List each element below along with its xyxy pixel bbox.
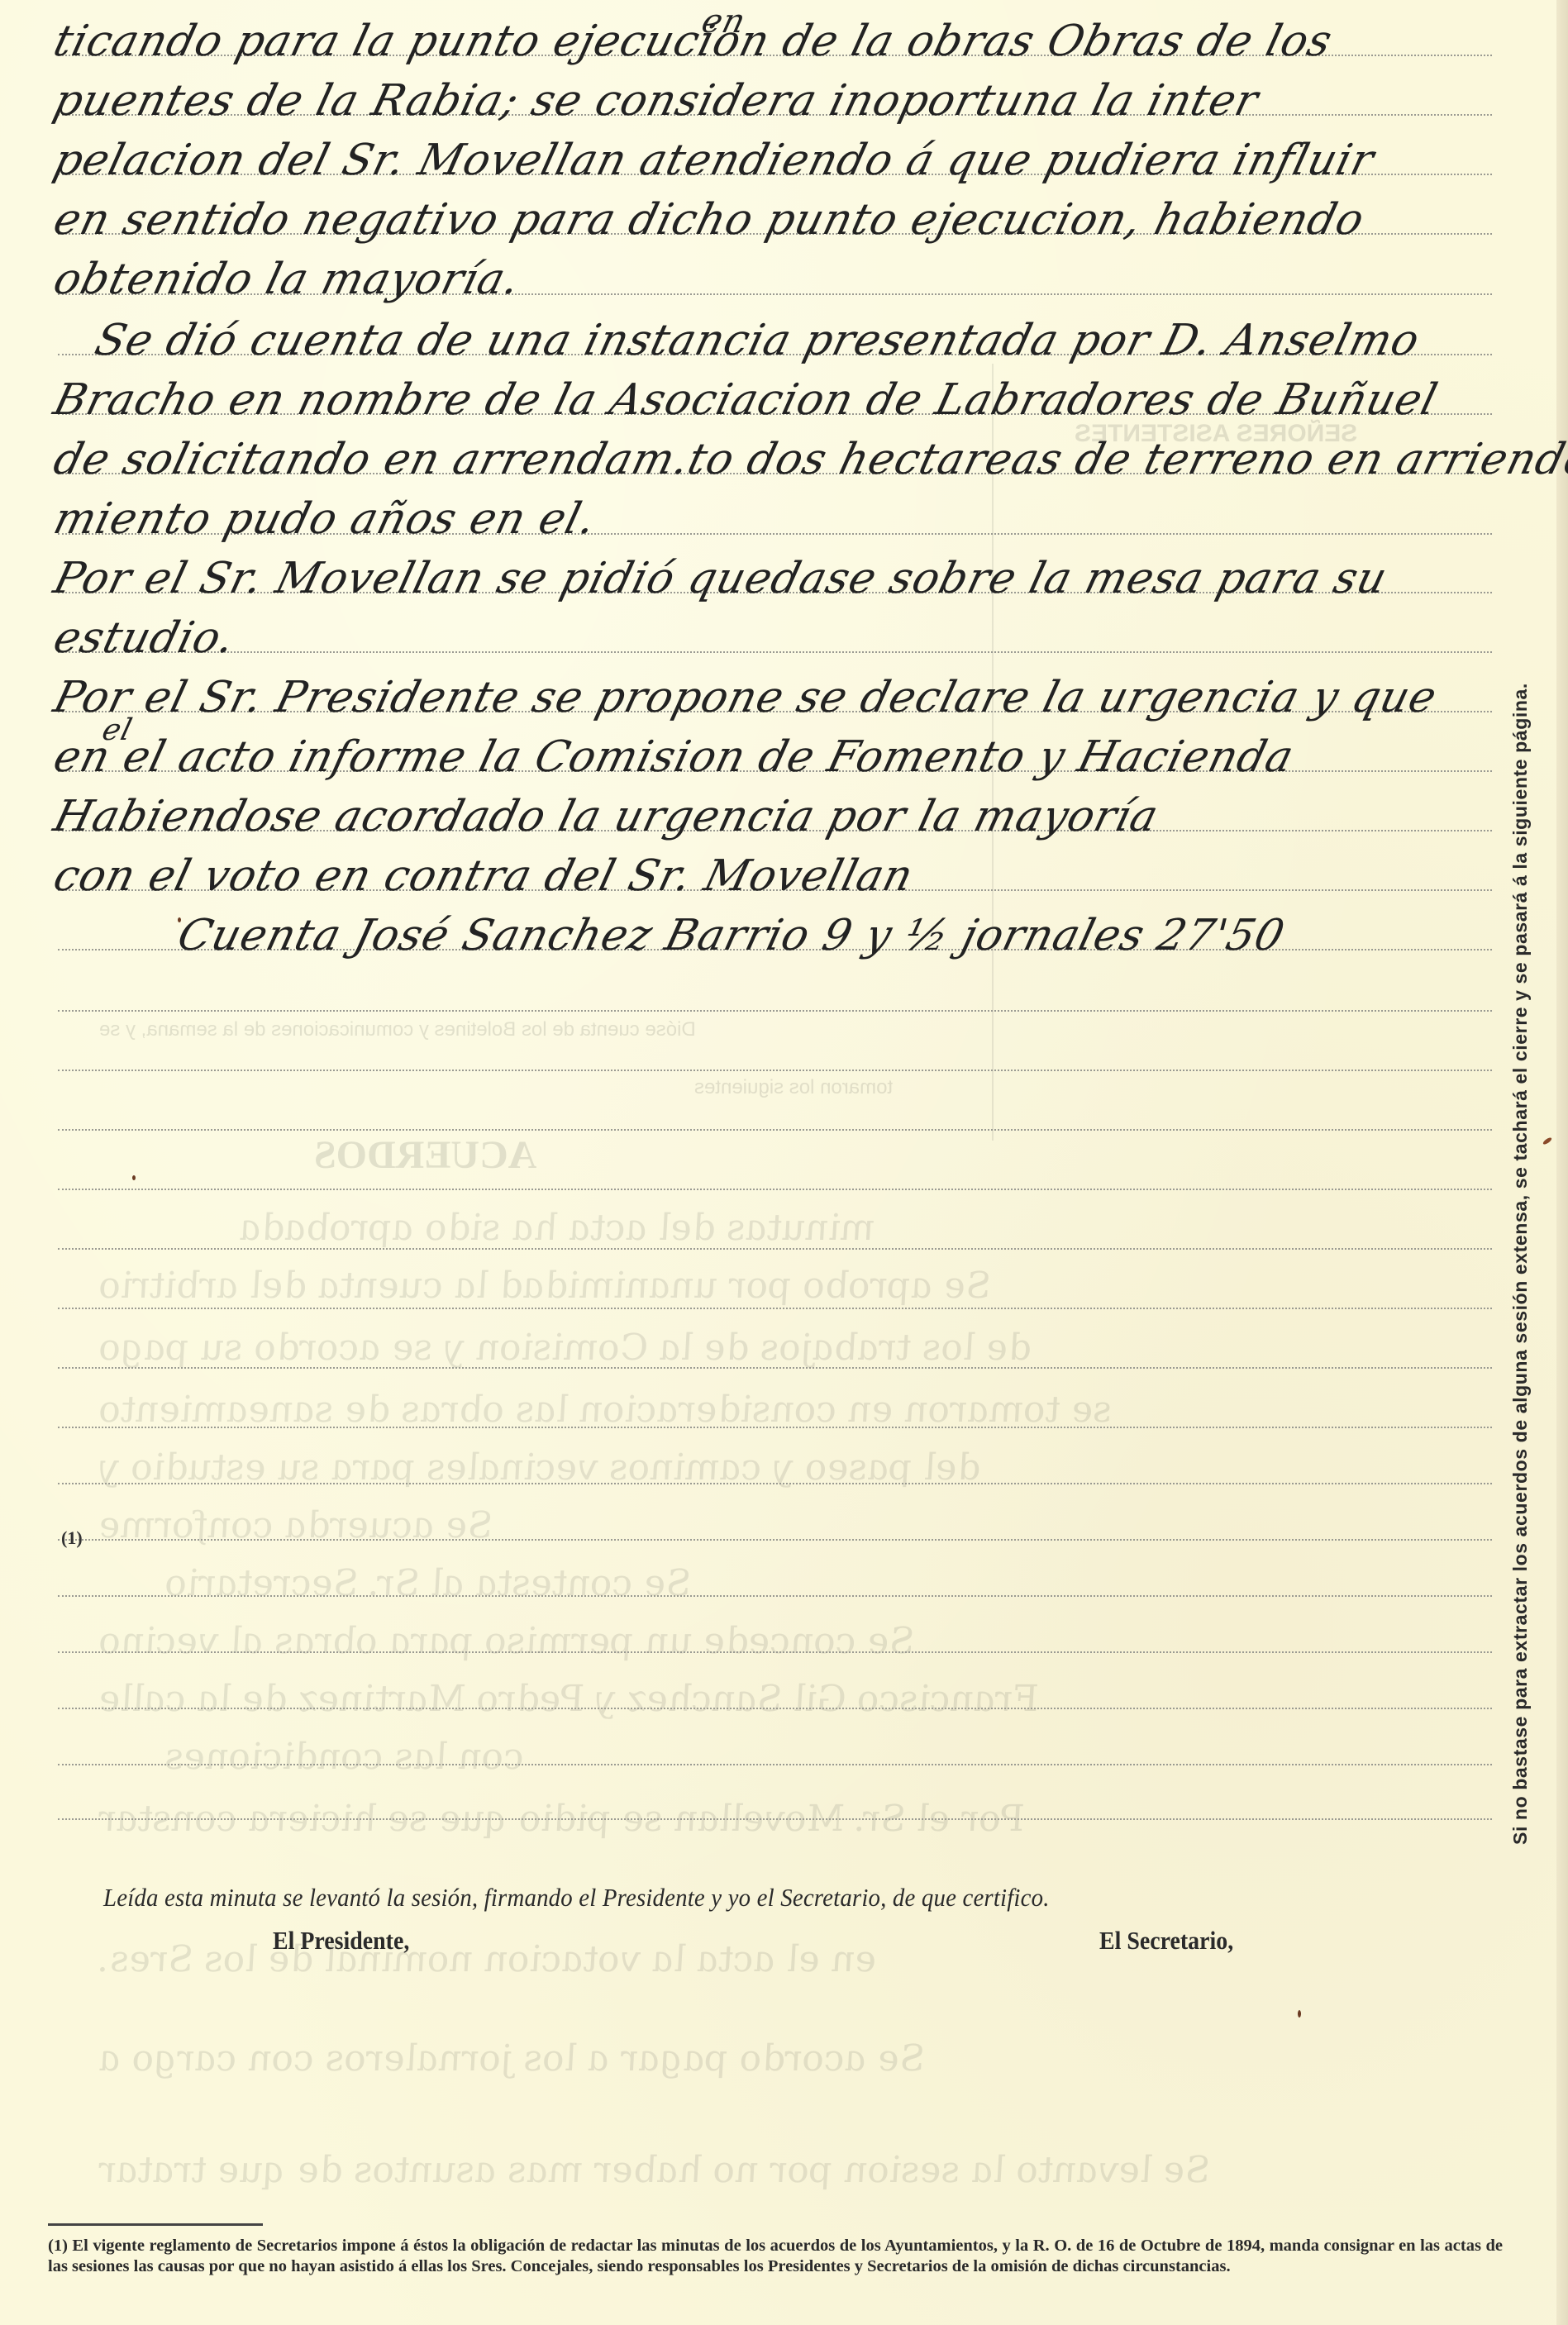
bleed-through-handwriting: Se contesta al Sr. Secretario: [160, 1562, 697, 1604]
bleed-through-handwriting: Se acordo pagar a los jornaleros con car…: [94, 2037, 930, 2080]
ruled-line: [58, 1248, 1492, 1250]
ruled-line: [58, 1595, 1492, 1597]
handwritten-line: obtenido la mayoría.: [50, 258, 1499, 301]
footnote: (1) El vigente reglamento de Secretarios…: [48, 2236, 1503, 2277]
closing-formula: Leída esta minuta se levantó la sesión, …: [103, 1883, 1050, 1913]
president-signature-label: El Presidente,: [273, 1926, 409, 1956]
secretary-signature-label: El Secretario,: [1099, 1926, 1233, 1956]
bleed-through-handwriting: minutas del acta ha sido aprobada: [235, 1207, 880, 1249]
bleed-through-handwriting: en el acta la votacion nominal de los Sr…: [94, 1938, 882, 1980]
page-edge: [1556, 0, 1568, 2325]
bleed-through-handwriting: Se levanto la sesion por no haber mas as…: [94, 2149, 1216, 2191]
ruled-line: [58, 1308, 1492, 1309]
ruled-line: [58, 1070, 1492, 1071]
handwritten-line: estudio.: [50, 617, 1499, 660]
ruled-line: [58, 1708, 1492, 1709]
ruled-line: [58, 1189, 1492, 1190]
handwritten-line: Se dió cuenta de una instancia presentad…: [91, 319, 1540, 362]
ruled-line: [58, 1764, 1492, 1765]
handwritten-line: puentes de la Rabia; se considera inopor…: [50, 79, 1499, 122]
handwritten-line: miento pudo años en el.: [50, 498, 1499, 541]
bleed-through-handwriting: de los trabajos de la Comision y se acor…: [94, 1327, 1037, 1369]
ink-stain: [1542, 1136, 1553, 1146]
ruled-line: [58, 1129, 1492, 1131]
bleed-through-handwriting: con las condiciones: [160, 1736, 530, 1778]
handwritten-line: Por el Sr. Movellan se pidió quedase sob…: [50, 557, 1499, 600]
handwritten-line: de solicitando en arrendam.to dos hectar…: [50, 438, 1499, 481]
handwritten-line: en sentido negativo para dicho punto eje…: [50, 198, 1499, 241]
ruled-line: [58, 1010, 1492, 1012]
ruled-line: [58, 1818, 1492, 1820]
ruled-line: [58, 1651, 1492, 1653]
bleed-through-handwriting: se tomaron en consideracion las obras de…: [94, 1389, 1118, 1431]
bleed-through-handwriting: Se concede un permiso para obras al veci…: [94, 1620, 920, 1662]
bleed-through-line: tomaron los siguientes: [694, 1076, 893, 1099]
document-page: ACUERDOS Dióse cuenta de los Boletines y…: [0, 0, 1568, 2325]
handwritten-line: ticando para la punto ejecucion de la ob…: [50, 20, 1499, 63]
handwritten-line: en el acto informe la Comision de Foment…: [50, 736, 1499, 779]
handwritten-line: con el voto en contra del Sr. Movellan: [50, 855, 1499, 898]
ink-speck: [132, 1175, 136, 1180]
handwritten-line: Por el Sr. Presidente se propone se decl…: [50, 676, 1499, 719]
ruled-line: [58, 1483, 1492, 1484]
footnote-marker: (1): [61, 1527, 83, 1549]
margin-instruction: Si no bastase para extractar los acuerdo…: [1509, 423, 1532, 1845]
bleed-through-line: Dióse cuenta de los Boletines y comunica…: [99, 1018, 696, 1041]
ink-speck: [178, 917, 181, 922]
footnote-separator: [48, 2223, 263, 2226]
ruled-line: [58, 1539, 1492, 1541]
handwritten-line: Habiendose acordado la urgencia por la m…: [50, 795, 1499, 838]
ruled-line: [58, 1427, 1492, 1428]
bleed-through-heading: ACUERDOS: [314, 1132, 536, 1178]
bleed-through-handwriting: Se aprobo por unanimidad la cuenta del a…: [94, 1265, 996, 1307]
ink-speck: [1298, 2010, 1301, 2018]
handwritten-line: Bracho en nombre de la Asociacion de Lab…: [50, 379, 1499, 422]
handwritten-line: pelacion del Sr. Movellan atendiendo á q…: [50, 139, 1499, 182]
bleed-through-handwriting: Francisco Gil Sanchez y Pedro Martinez d…: [94, 1678, 1044, 1720]
handwritten-line: Cuenta José Sanchez Barrio 9 y ½ jornale…: [174, 914, 1568, 957]
ruled-line: [58, 1367, 1492, 1369]
